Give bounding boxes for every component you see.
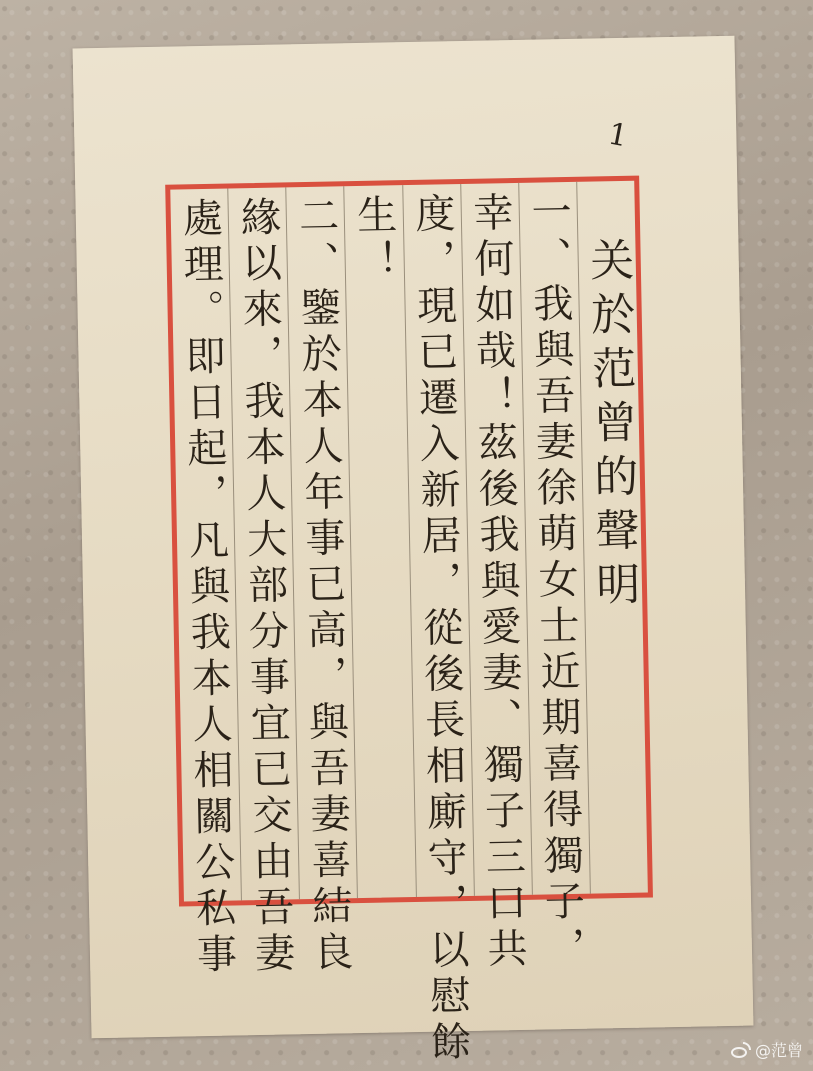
text-line: 處理。即日起，凡與我本人相關公私事: [179, 197, 233, 902]
column-title: 关於范曾的聲明: [576, 181, 648, 894]
document-title: 关於范曾的聲明: [584, 189, 642, 894]
text-line: 幸何如哉！茲後我與愛妻、獨子三口共: [470, 191, 524, 896]
text-line: 二、鑒於本人年事已高，與吾妻喜結良: [295, 194, 349, 899]
text-line: 生！: [353, 193, 407, 898]
watermark-handle: @范曾: [755, 1038, 803, 1061]
weibo-icon: [731, 1042, 751, 1058]
red-ruled-frame: 关於范曾的聲明 一、我與吾妻徐萌女士近期喜得獨子， 幸何如哉！茲後我與愛妻、獨子…: [165, 176, 653, 907]
page-number: 1: [605, 117, 630, 155]
text-line: 緣以來，我本人大部分事宜已交由吾妻: [237, 196, 291, 901]
weibo-watermark: @范曾: [731, 1038, 803, 1061]
text-line: 度，現已遷入新居，從後長相廝守，以慰餘: [411, 192, 465, 897]
text-line: 一、我與吾妻徐萌女士近期喜得獨子，: [528, 190, 582, 895]
letter-paper: 1 关於范曾的聲明 一、我與吾妻徐萌女士近期喜得獨子， 幸何如哉！茲後我與愛妻、…: [73, 36, 754, 1039]
